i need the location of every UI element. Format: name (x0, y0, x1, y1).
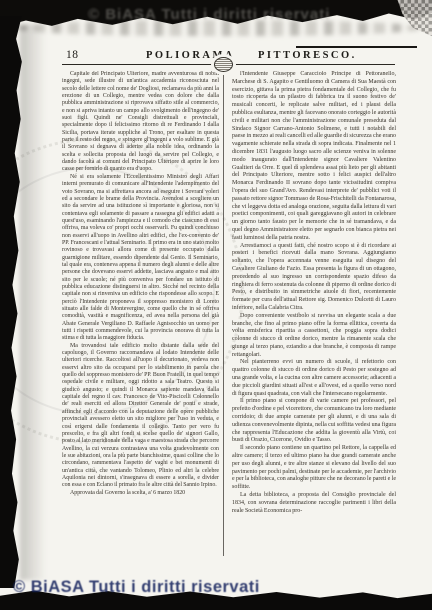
right-column-paragraph: Nel pianterreno evvi un numero di scuole… (232, 359, 396, 398)
globe-ornament-icon (214, 57, 233, 72)
column-divider (223, 71, 224, 556)
left-column-paragraph: Capitale del Principato Ulteriore, madre… (62, 71, 219, 174)
page-number: 18 (66, 49, 79, 61)
left-column-paragraph: Ma trovandosi tale edificio molto distan… (62, 343, 219, 490)
right-column-paragraph: Il secondo piano contiene un quartino pe… (232, 445, 396, 492)
left-column: Capitale del Principato Ulteriore, madre… (62, 71, 219, 558)
journal-title-right: PITTORESCO. (258, 50, 357, 61)
article-body: Capitale del Principato Ulteriore, madre… (62, 71, 396, 558)
right-column-paragraph: La detta biblioteca, a proposta del Cons… (232, 492, 396, 515)
gutter-shadow (20, 24, 46, 580)
top-right-margin-line (296, 46, 417, 48)
left-column-paragraph: Né si era solamente l'Eccellentissimo Mi… (62, 174, 219, 343)
left-column-paragraph: Approvata dal Governo la scelta, a' 6 ma… (62, 490, 219, 497)
right-column-paragraph: Arrestiamoci a questi fatti, ché nostro … (232, 243, 396, 313)
right-column-paragraph: l'Intendente Giuseppe Caracciolo Princip… (232, 71, 396, 243)
right-column-paragraph: Il primo piano si compone di varie camer… (232, 398, 396, 445)
right-column-paragraph: Dopo conveniente vestibolo si ravvisa un… (232, 313, 396, 360)
right-column: l'Intendente Giuseppe Caracciolo Princip… (232, 71, 396, 558)
bottom-watermark-text: © BiASA Tutti i diritti riservati (13, 578, 260, 597)
top-watermark-text: © BiASA Tutti i diritti riservati (88, 6, 330, 23)
